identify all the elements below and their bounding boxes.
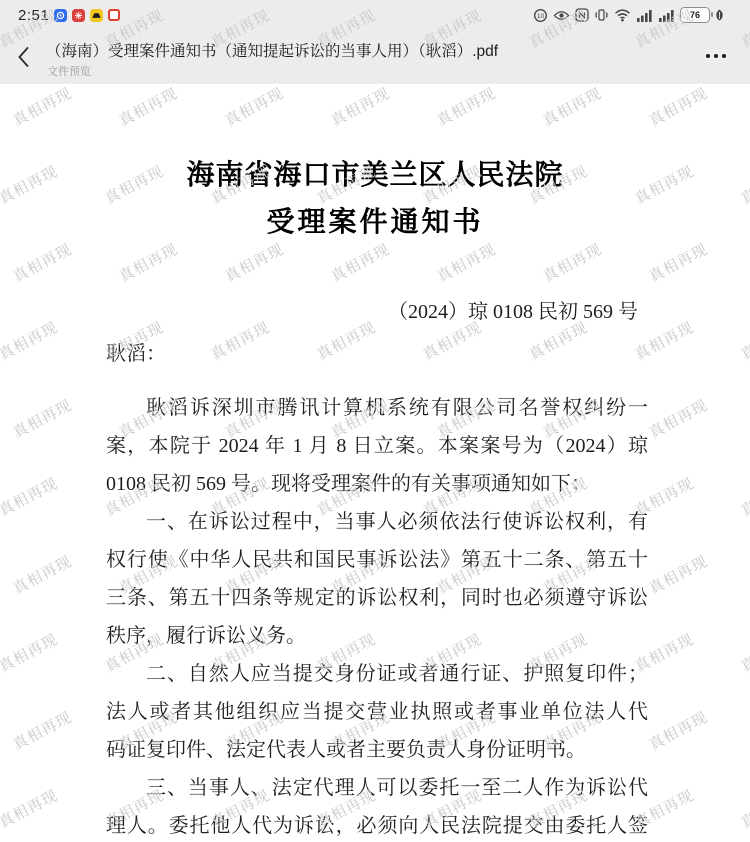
- status-bar: 2:51 10: [0, 0, 750, 30]
- more-options-button[interactable]: [704, 48, 728, 64]
- svg-text:10: 10: [537, 12, 545, 19]
- power-save-leaf-icon: [715, 9, 724, 21]
- salutation: 耿滔：: [106, 339, 648, 369]
- signal-bars-sim2-icon: [658, 9, 675, 22]
- yellow-car-app-icon: [90, 9, 103, 22]
- wifi-icon: [614, 9, 631, 22]
- document-line: 秩序，履行诉讼义务。: [106, 617, 648, 655]
- document-line: 耿滔诉深圳市腾讯计算机系统有限公司名誉权纠纷一: [106, 389, 648, 427]
- phone-screen: 2:51 10: [0, 0, 750, 842]
- nfc-icon: [575, 8, 589, 22]
- document-line: 权行使《中华人民共和国民事诉讼法》第五十二条、第五十: [106, 541, 648, 579]
- red-frame-app-icon: [108, 9, 120, 21]
- eye-protection-icon: [553, 9, 570, 22]
- document-line: 三、当事人、法定代理人可以委托一至二人作为诉讼代: [106, 769, 648, 807]
- file-preview-toolbar: （海南）受理案件通知书（通知提起诉讼的当事人用）（耿滔）.pdf 文件预览: [0, 30, 750, 84]
- document-line: 理人。委托他人代为诉讼，必须向人民法院提交由委托人签: [106, 807, 648, 842]
- file-preview-label: 文件预览: [47, 63, 91, 79]
- document-body: 耿滔诉深圳市腾讯计算机系统有限公司名誉权纠纷一案，本院于 2024 年 1 月 …: [106, 389, 648, 842]
- document-line: 三条、第五十四条等规定的诉讼权利，同时也必须遵守诉讼: [106, 579, 648, 617]
- clock-time: 2:51: [18, 7, 49, 24]
- vibrate-icon: [594, 8, 609, 22]
- pdf-page[interactable]: 海南省海口市美兰区人民法院 受理案件通知书 （2024）琼 0108 民初 56…: [0, 84, 750, 842]
- more-options-icon: [706, 54, 710, 58]
- document-line: 0108 民初 569 号。现将受理案件的有关事项通知如下：: [106, 465, 648, 503]
- document-line: 码证复印件、法定代表人或者主要负责人身份证明书。: [106, 731, 648, 769]
- court-name: 海南省海口市美兰区人民法院: [0, 152, 750, 199]
- battery-indicator: 76: [680, 7, 710, 23]
- blue-app-icon: [54, 9, 67, 22]
- document-line: 法人或者其他组织应当提交营业执照或者事业单位法人代: [106, 693, 648, 731]
- red-app-icon: [72, 9, 85, 22]
- back-button[interactable]: [10, 42, 36, 72]
- file-title: （海南）受理案件通知书（通知提起诉讼的当事人用）（耿滔）.pdf: [46, 39, 646, 61]
- status-bar-left: 2:51: [18, 7, 120, 24]
- document-line: 案，本院于 2024 年 1 月 8 日立案。本案案号为（2024）琼: [106, 427, 648, 465]
- document-line: 一、在诉讼过程中，当事人必须依法行使诉讼权利，有: [106, 503, 648, 541]
- document-title: 海南省海口市美兰区人民法院 受理案件通知书: [0, 152, 750, 246]
- signal-bars-sim1-icon: [636, 9, 653, 22]
- chevron-left-icon: [17, 46, 30, 68]
- document-line: 二、自然人应当提交身份证或者通行证、护照复印件；: [106, 655, 648, 693]
- status-bar-right: 10 76: [533, 7, 724, 23]
- document-type: 受理案件通知书: [0, 199, 750, 246]
- battery-percent: 76: [690, 11, 700, 20]
- case-number: （2024）琼 0108 民初 569 号: [106, 297, 640, 327]
- screen-time-10-icon: 10: [533, 8, 548, 23]
